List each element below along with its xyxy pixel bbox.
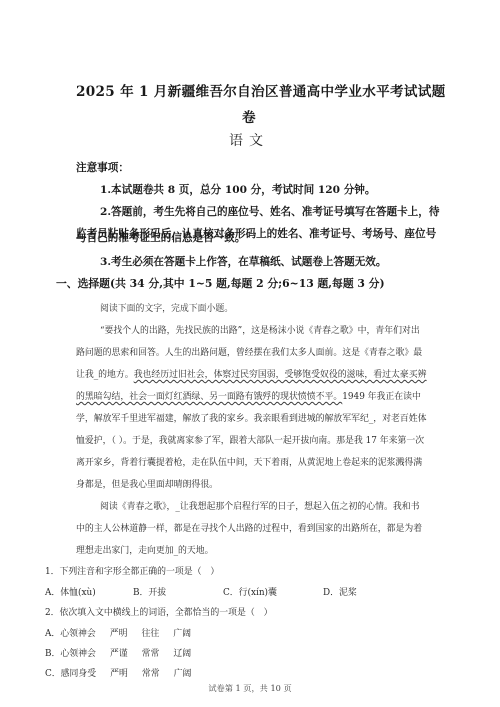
notice-item-2-cont2: 与自己的准考证上的信息是否一致。 [76, 230, 246, 245]
underlined-sentence-cont: 的黑暗勾结，社会一面灯红酒绿、另一面路有饿殍的现状愤愤不平。 [76, 392, 342, 402]
q1-option-b[interactable]: B．开拔 [133, 585, 223, 598]
passage-line: 路问题的思索和回答。人生的出路问题，曾经摆在我们太多人面前。这是《青春之歌》最 [76, 345, 422, 358]
subject-heading: 语文 [76, 130, 422, 150]
notice-item-2: 2.答题前，考生先将自己的座位号、姓名、准考证号填写在答题卡上，待 [100, 204, 439, 219]
passage-line: “要找个人的出路，先找民族的出路”，这是杨沫小说《青春之歌》中，青年们对出 [100, 323, 420, 336]
reading-instruction: 阅读下面的文字，完成下面小题。 [100, 301, 233, 314]
passage-line: 理想走出家门，走向更加_的天地。 [76, 543, 214, 556]
question-2-stem: 2．依次填入文中横线上的词语，全都恰当的一项是（ ） [45, 605, 273, 618]
passage-line: 的黑暗勾结，社会一面灯红酒绿、另一面路有饿殍的现状愤愤不平。1949 年我正在读… [76, 389, 421, 402]
passage-line: 身都是，但是我心里面却晴朗得很。 [76, 477, 218, 490]
passage-line: 中的主人公林道静一样，都是在寻找个人出路的过程中，看到国家的出路所在，都是为着 [76, 521, 422, 534]
passage-text: 1949 年我正在读中 [342, 392, 421, 402]
notice-item-1: 1.本试题卷共 8 页，总分 100 分，考试时间 120 分钟。 [100, 182, 375, 197]
page-footer: 试卷第 1 页，共 10 页 [0, 683, 500, 694]
passage-line: 离开家乡，背着行囊提着枪，走在队伍中间，天下着雨，从黄泥地上卷起来的泥浆溅得满 [76, 455, 422, 468]
q2-option-b[interactable]: B．心领神会严谨常常辽阔 [45, 646, 205, 659]
passage-line: 恤爱护，（ ）。于是，我就离家参了军，跟着大部队一起开拔向南。那是我 17 年来… [76, 433, 424, 446]
notice-heading: 注意事项： [76, 160, 129, 175]
q1-option-d[interactable]: D．泥桨 [323, 585, 383, 598]
question-1-stem: 1．下列注音和字形全都正确的一项是（ ） [45, 564, 219, 577]
passage-line: 阅读《青春之歌》，_让我想起那个启程行军的日子，想起入伍之初的心情。我和书 [100, 499, 420, 512]
notice-item-3: 3.考生必须在答题卡上作答，在草稿纸、试题卷上答题无效。 [100, 254, 387, 269]
exam-title-continued: 卷 [76, 106, 422, 126]
q1-option-a[interactable]: A．体恤(xù) [45, 585, 133, 598]
passage-text: 让我_的地方。 [76, 370, 134, 380]
passage-line: 让我_的地方。我也经历过旧社会，体察过民穷国弱，受够饱受奴役的滋味，看过太豪买辨 [76, 367, 427, 380]
passage-line: 学，解放军千里进军福建，解放了我的家乡。我亲眼看到进城的解放军军纪_，对老百姓体 [76, 411, 427, 424]
section-heading: 一、选择题(共 34 分,其中 1~5 题,每题 2 分;6~13 题,每题 3… [56, 276, 385, 291]
q1-option-c[interactable]: C．行(xín)囊 [223, 585, 323, 598]
q2-option-a[interactable]: A．心领神会严明往往广阔 [45, 626, 205, 639]
underlined-sentence: 我也经历过旧社会，体察过民穷国弱，受够饱受奴役的滋味，看过太豪买辨 [134, 370, 427, 380]
question-1-options: A．体恤(xù)B．开拔C．行(xín)囊D．泥桨 [45, 585, 383, 598]
exam-title: 2025 年 1 月新疆维吾尔自治区普通高中学业水平考试试题 [76, 80, 422, 100]
q2-option-c[interactable]: C．感同身受严明常常广阔 [45, 666, 205, 679]
